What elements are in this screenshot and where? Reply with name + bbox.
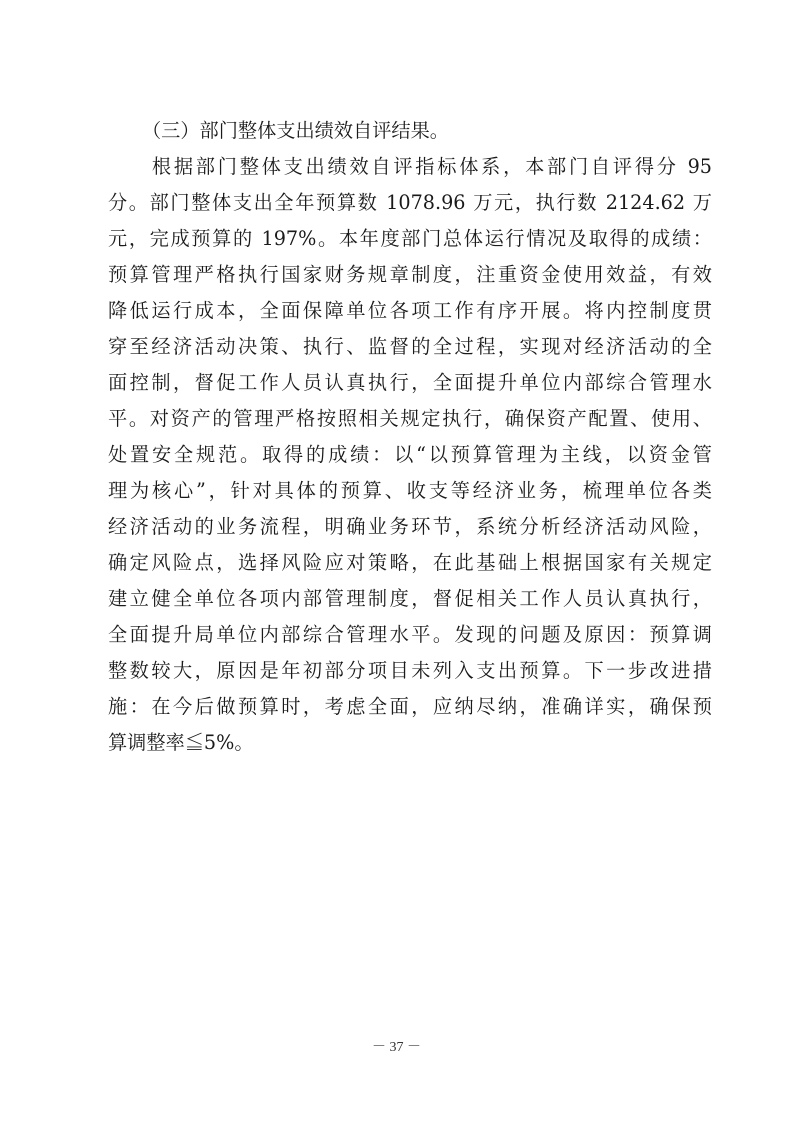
paragraph-line: 确定风险点，选择风险应对策略，在此基础上根据国家有关规定 [108,548,712,578]
paragraph-line: 降低运行成本，全面保障单位各项工作有序开展。将内控制度贯 [108,296,712,326]
page-number: － 37 － [0,1036,793,1056]
document-page: （三）部门整体支出绩效自评结果。 根据部门整体支出绩效自评指标体系，本部门自评得… [0,0,793,1122]
paragraph-line: 平。对资产的管理严格按照相关规定执行，确保资产配置、使用、 [108,404,712,434]
section-heading: （三）部门整体支出绩效自评结果。 [142,116,542,146]
paragraph-line: 元，完成预算的 197%。本年度部门总体运行情况及取得的成绩： [108,224,712,254]
paragraph-line: 处置安全规范。取得的成绩：以“以预算管理为主线，以资金管 [108,440,712,470]
paragraph-line: 面控制，督促工作人员认真执行，全面提升单位内部综合管理水 [108,368,712,398]
paragraph-line: 根据部门整体支出绩效自评指标体系，本部门自评得分 95 [108,152,712,182]
paragraph-line: 经济活动的业务流程，明确业务环节，系统分析经济活动风险， [108,512,712,542]
paragraph-line: 算调整率≦5%。 [108,728,712,758]
paragraph-line: 全面提升局单位内部综合管理水平。发现的问题及原因：预算调 [108,620,712,650]
paragraph-line: 理为核心”，针对具体的预算、收支等经济业务，梳理单位各类 [108,476,712,506]
paragraph-line: 预算管理严格执行国家财务规章制度，注重资金使用效益，有效 [108,260,712,290]
paragraph-line: 建立健全单位各项内部管理制度，督促相关工作人员认真执行， [108,584,712,614]
paragraph-line: 整数较大，原因是年初部分项目未列入支出预算。下一步改进措 [108,656,712,686]
paragraph-line: 穿至经济活动决策、执行、监督的全过程，实现对经济活动的全 [108,332,712,362]
paragraph-line: 施：在今后做预算时，考虑全面，应纳尽纳，准确详实，确保预 [108,692,712,722]
paragraph-line: 分。部门整体支出全年预算数 1078.96 万元，执行数 2124.62 万 [108,188,712,218]
